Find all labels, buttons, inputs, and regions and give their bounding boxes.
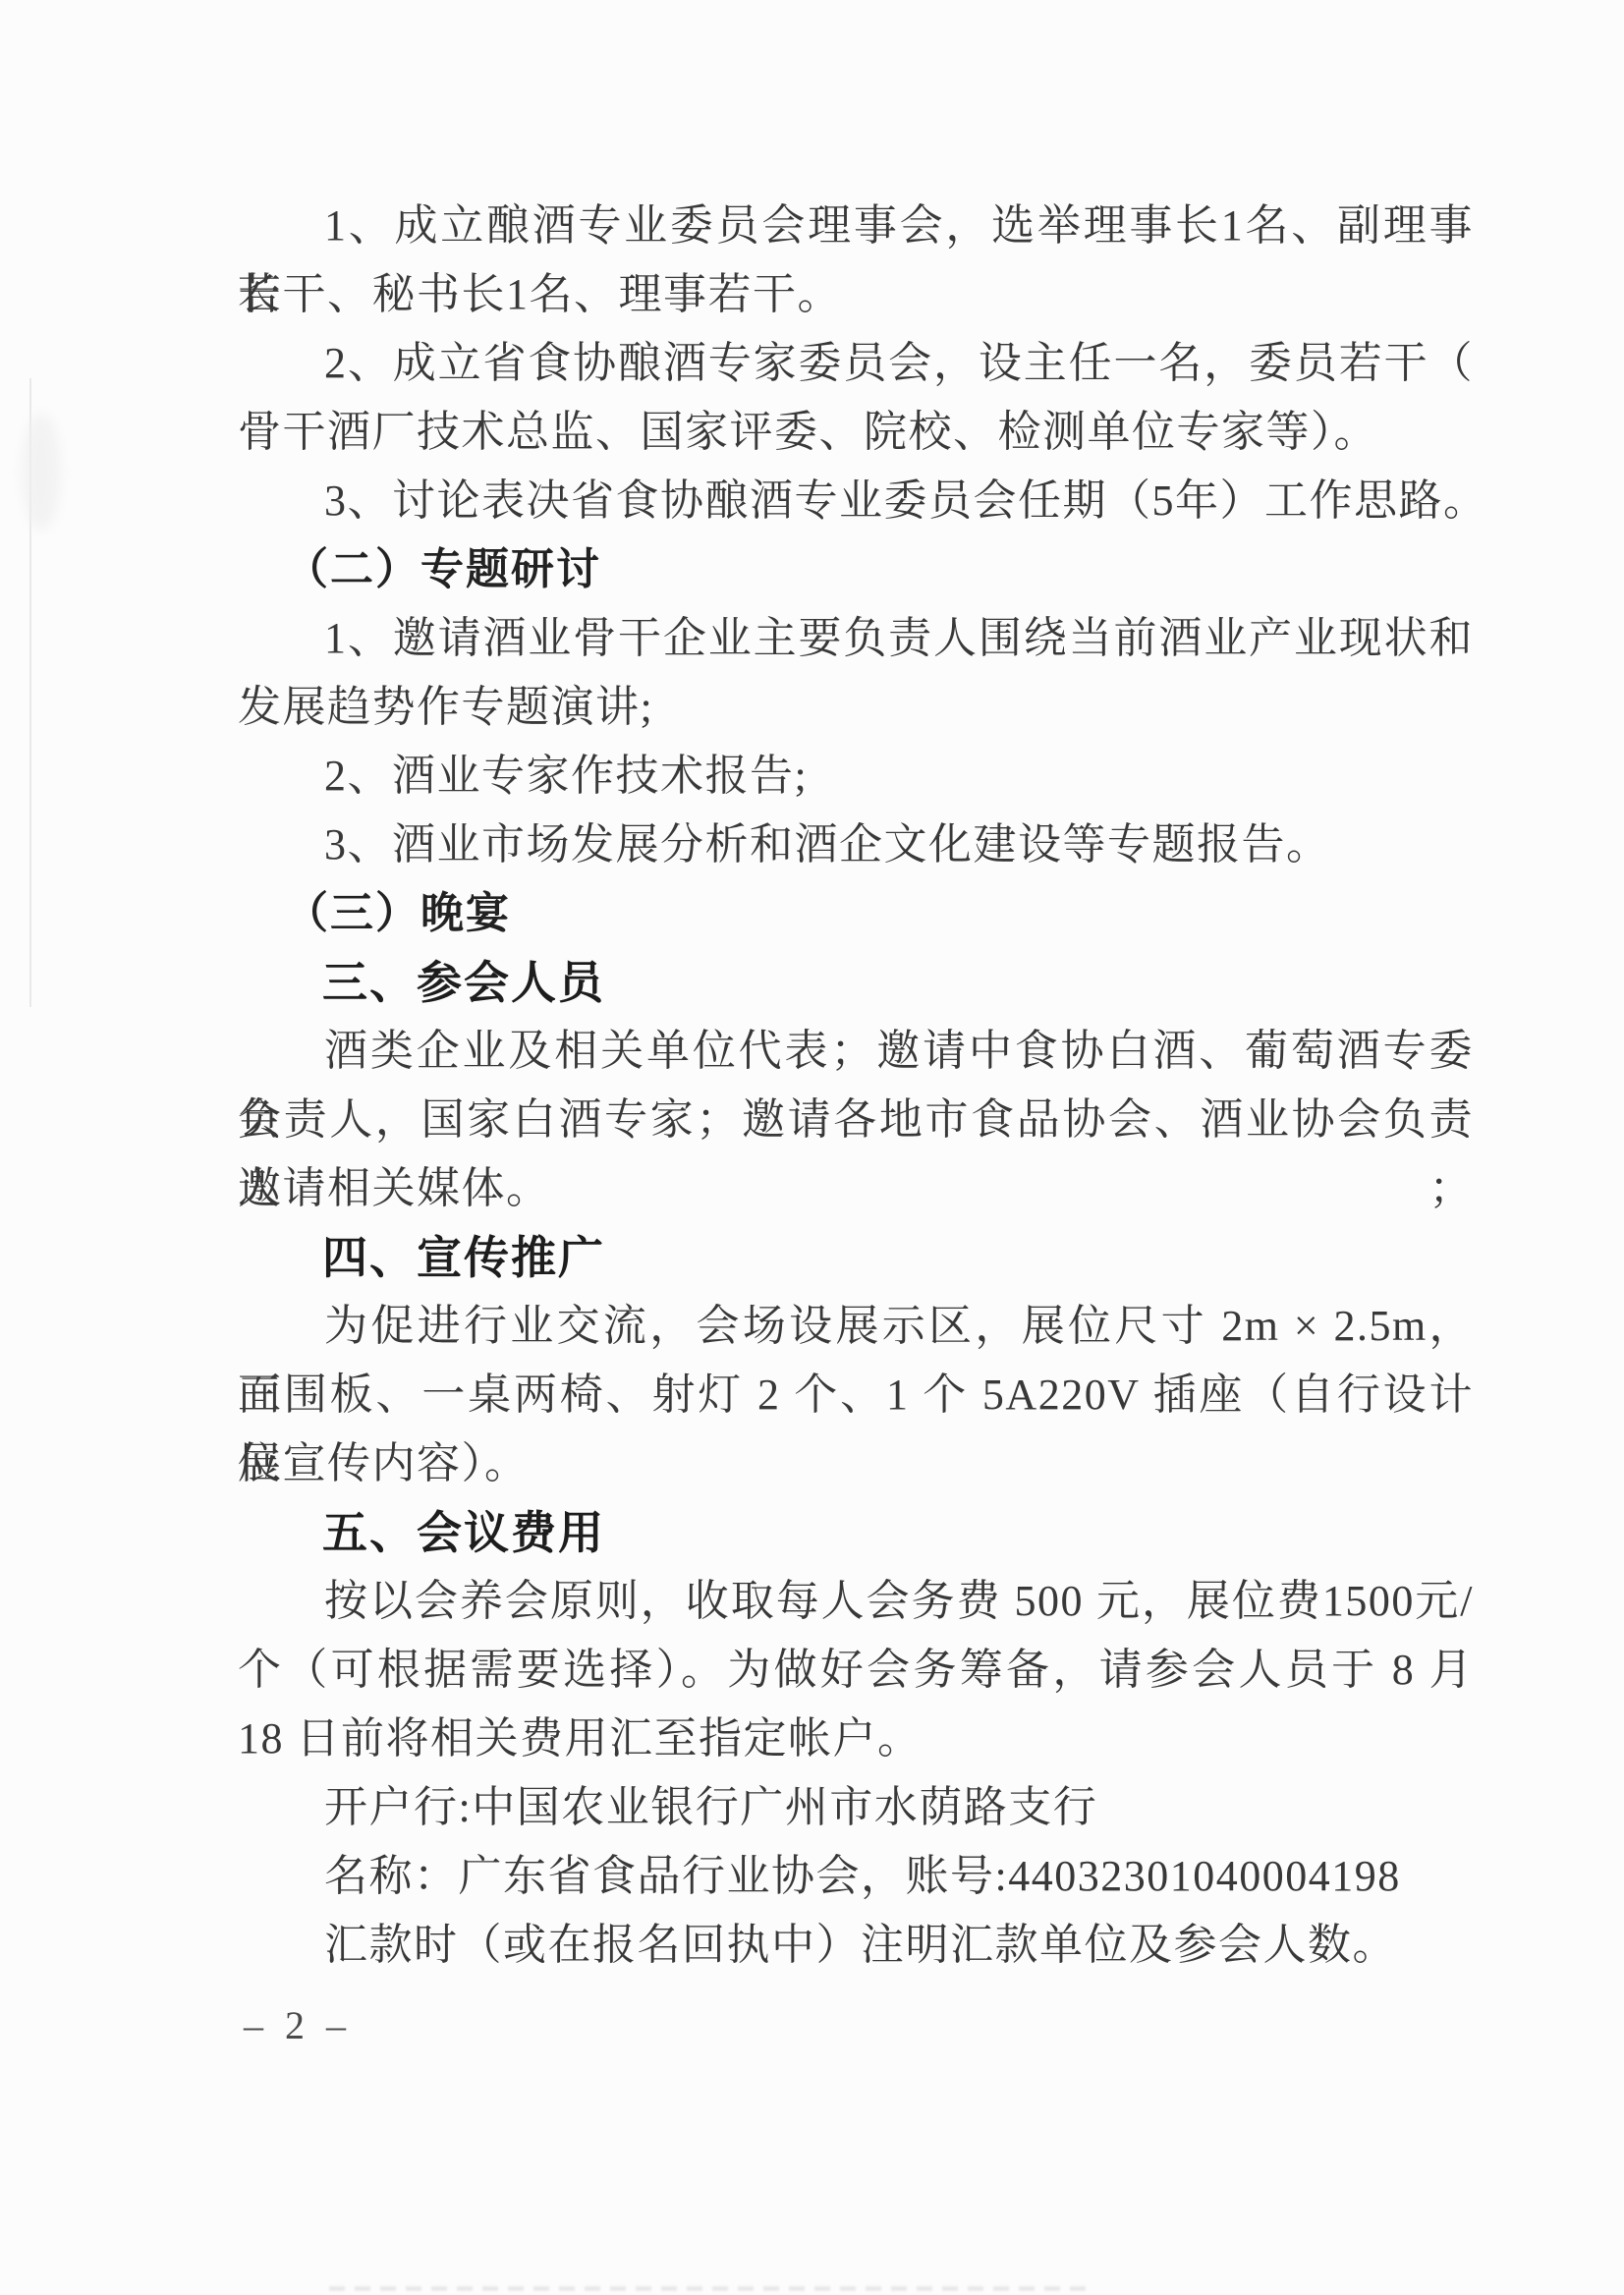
doc-line: 3、酒业市场发展分析和酒企文化建设等专题报告。 (238, 811, 1474, 879)
scan-artifact-smudge (22, 413, 61, 531)
doc-line: 1、邀请酒业骨干企业主要负责人围绕当前酒业产业现状和 (238, 604, 1474, 673)
doc-line: 为促进行业交流，会场设展示区，展位尺寸 2m × 2.5m，三 (238, 1292, 1474, 1361)
doc-line: 按以会养会原则，收取每人会务费 500 元，展位费1500元/ (238, 1567, 1474, 1636)
doc-line: 酒类企业及相关单位代表；邀请中食协白酒、葡萄酒专委会 (238, 1017, 1474, 1086)
doc-line: 18 日前将相关费用汇至指定帐户。 (238, 1705, 1474, 1773)
subsection-heading-seminar: （二）专题研讨 (238, 535, 1474, 604)
doc-line: 个（可根据需要选择）。为做好会务筹备，请参会人员于 8 月 (238, 1636, 1474, 1705)
doc-line: 若干、秘书长1名、理事若干。 (238, 260, 1474, 329)
doc-line: 位宣传内容）。 (238, 1429, 1474, 1498)
doc-line: 1、成立酿酒专业委员会理事会，选举理事长1名、副理事长 (238, 192, 1474, 260)
document-body: 1、成立酿酒专业委员会理事会，选举理事长1名、副理事长 若干、秘书长1名、理事若… (238, 192, 1474, 1980)
document-page: 1、成立酿酒专业委员会理事会，选举理事长1名、副理事长 若干、秘书长1名、理事若… (0, 0, 1624, 2295)
doc-line: 负责人，国家白酒专家；邀请各地市食品协会、酒业协会负责人； (238, 1086, 1474, 1154)
doc-line-remittance-note: 汇款时（或在报名回执中）注明汇款单位及参会人数。 (238, 1911, 1474, 1980)
doc-line: 3、讨论表决省食协酿酒专业委员会任期（5年）工作思路。 (238, 467, 1474, 535)
doc-line: 2、成立省食协酿酒专家委员会，设主任一名，委员若干（ (238, 329, 1474, 398)
doc-line-account: 名称：广东省食品行业协会，账号:44032301040004198 (238, 1842, 1474, 1911)
page-number: – 2 – (244, 2002, 352, 2048)
doc-line: 发展趋势作专题演讲; (238, 673, 1474, 742)
scan-bleed-artifact (329, 2286, 1095, 2291)
doc-line: 骨干酒厂技术总监、国家评委、院校、检测单位专家等）。 (238, 398, 1474, 467)
section-heading-promotion: 四、宣传推广 (238, 1223, 1474, 1292)
subsection-heading-banquet: （三）晚宴 (238, 879, 1474, 948)
section-heading-fees: 五、会议费用 (238, 1498, 1474, 1567)
section-heading-participants: 三、参会人员 (238, 948, 1474, 1017)
doc-line: 面围板、一桌两椅、射灯 2 个、1 个 5A220V 插座（自行设计展 (238, 1361, 1474, 1429)
doc-line: 2、酒业专家作技术报告; (238, 742, 1474, 811)
doc-line-bank: 开户行:中国农业银行广州市水荫路支行 (238, 1773, 1474, 1842)
